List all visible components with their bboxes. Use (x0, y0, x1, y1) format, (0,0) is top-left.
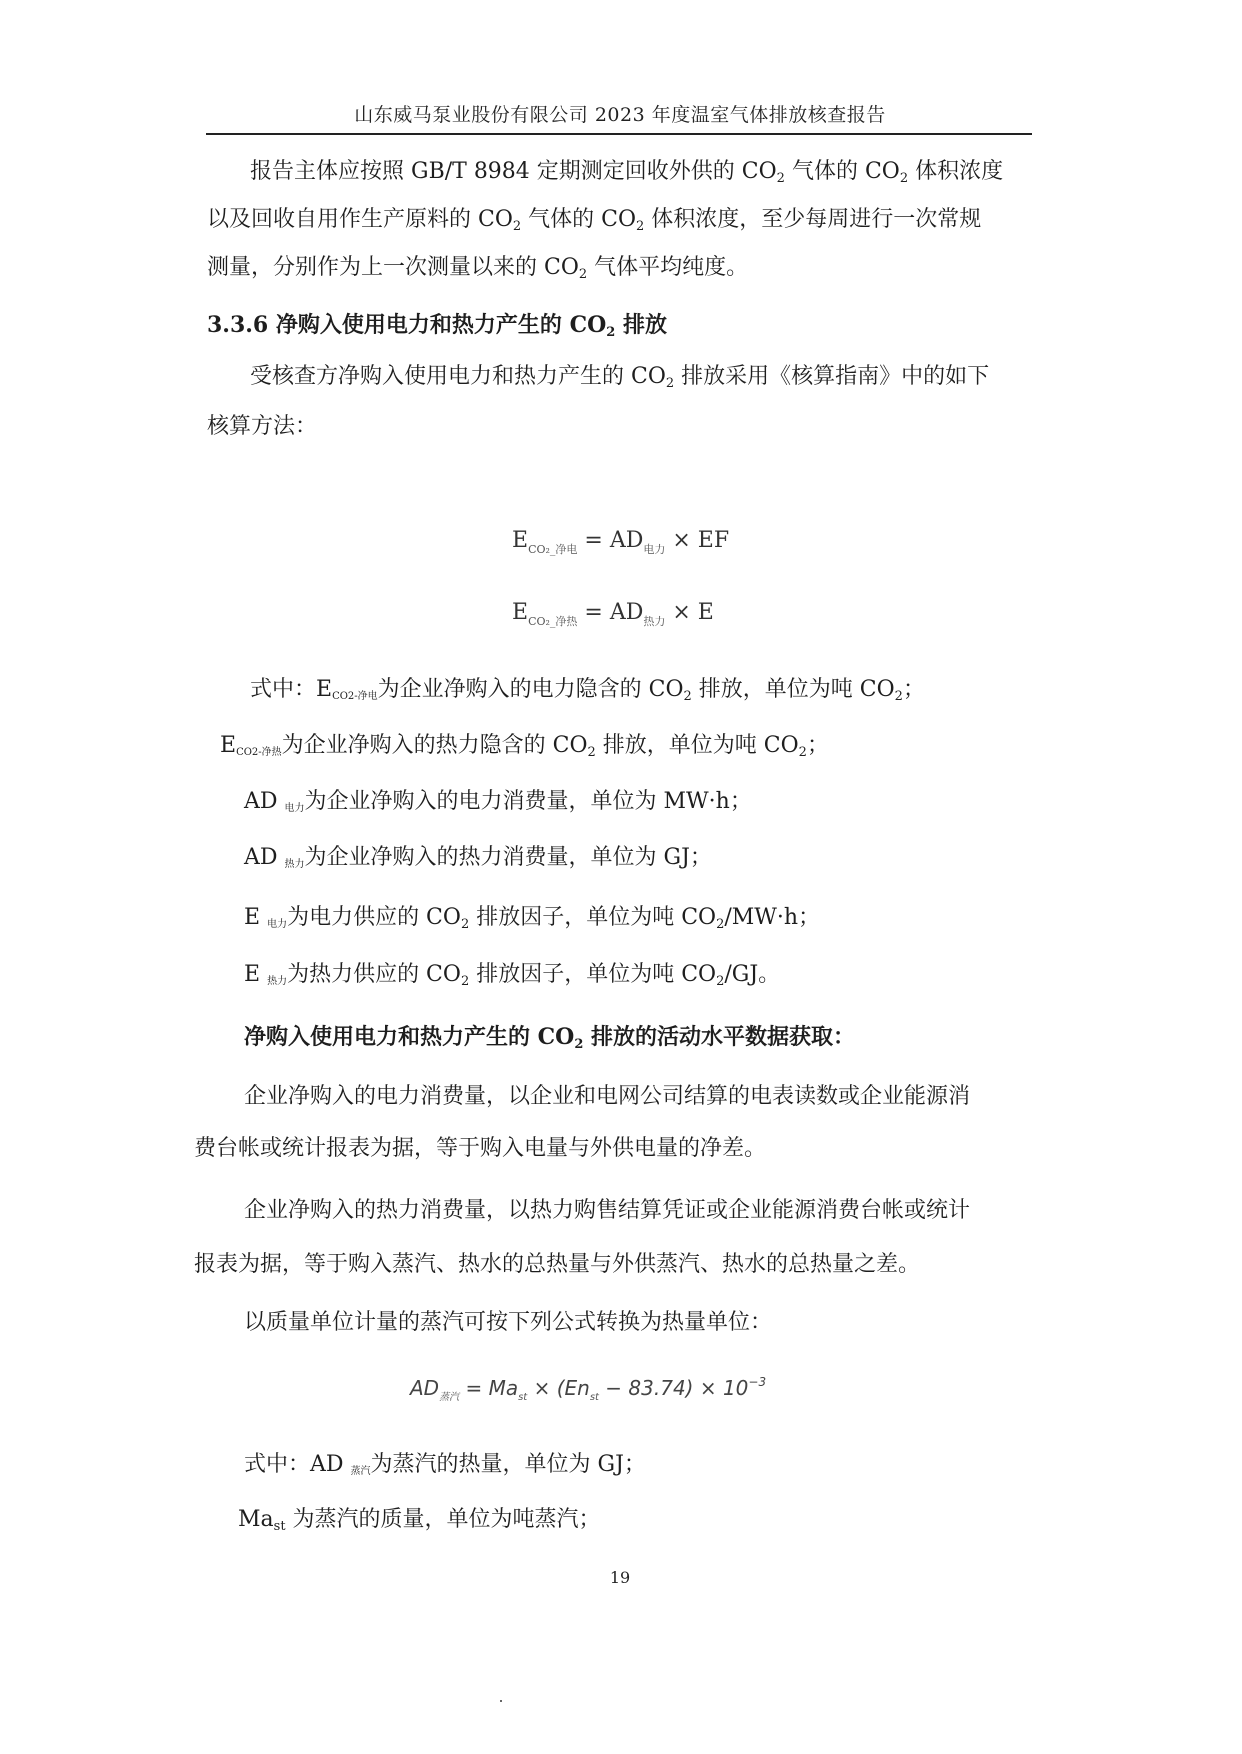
formula-subscript: 热力 (643, 615, 665, 628)
subscript: 蒸汽 (351, 1466, 371, 1477)
formula-term: × (En (527, 1376, 590, 1400)
formula-subscript: 蒸汽 (439, 1392, 459, 1403)
subscript: 电力 (267, 919, 287, 930)
text-span: 式中：E (250, 677, 332, 702)
paragraph-line: 核算方法： (207, 412, 1037, 442)
text-span: 核算方法： (207, 414, 317, 439)
formula-term: E (512, 528, 528, 553)
subheading: 净购入使用电力和热力产生的 CO2 排放的活动水平数据获取： (244, 1022, 1074, 1052)
text-span: 排放的活动水平数据获取： (583, 1024, 855, 1050)
section-title: 排放 (615, 312, 667, 338)
text-span: Ma (238, 1507, 274, 1532)
paragraph-line: 报表为据，等于购入蒸汽、热水的总热量与外供蒸汽、热水的总热量之差。 (194, 1250, 1024, 1280)
subscript: 2 (895, 689, 903, 704)
scan-speck (500, 1700, 502, 1702)
text-span: /MW·h； (724, 905, 820, 930)
text-span: AD (244, 789, 285, 814)
section-heading: 3.3.6 净购入使用电力和热力产生的 CO2 排放 (207, 310, 1037, 340)
formula-subscript: CO₂_净热 (528, 615, 577, 628)
text-span: AD (244, 845, 285, 870)
text-span: 为企业净购入的电力消费量，单位为 MW·h； (305, 789, 752, 814)
definition-line: AD 热力为企业净购入的热力消费量，单位为 GJ； (244, 843, 1074, 873)
page-number: 19 (600, 1568, 640, 1587)
paragraph-line: 测量，分别作为上一次测量以来的 CO2 气体平均纯度。 (207, 253, 1037, 283)
text-span: 排放因子，单位为吨 CO (469, 962, 716, 987)
text-span: 以及回收自用作生产原料的 CO (207, 207, 513, 232)
formula-heat: ECO₂_净热 = AD热力 × E (512, 600, 714, 629)
text-span: 排放，单位为吨 CO (596, 733, 799, 758)
subscript: 2 (777, 171, 785, 186)
definition-line: ECO2-净热为企业净购入的热力隐含的 CO2 排放，单位为吨 CO2； (220, 731, 1050, 761)
subscript: CO2-净热 (236, 747, 282, 758)
formula-term: = AD (577, 528, 643, 553)
running-header: 山东威马泵业股份有限公司 2023 年度温室气体排放核查报告 (205, 100, 1035, 127)
formula-subscript: 电力 (643, 543, 665, 556)
text-span: /GJ。 (724, 962, 780, 987)
text-span: 受核查方净购入使用电力和热力产生的 CO (250, 364, 666, 389)
text-span: 式中：AD (244, 1452, 351, 1477)
paragraph-line: 企业净购入的电力消费量，以企业和电网公司结算的电表读数或企业能源消 (244, 1082, 1074, 1112)
text-span: 为热力供应的 CO (287, 962, 461, 987)
formula-term: = AD (577, 600, 643, 625)
subscript: 热力 (267, 976, 287, 987)
text-span: E (244, 962, 267, 987)
subscript: 2 (666, 376, 674, 391)
formula-term: = Ma (459, 1376, 518, 1400)
paragraph-line: 企业净购入的热力消费量，以热力购售结算凭证或企业能源消费台帐或统计 (244, 1196, 1074, 1226)
formula-term: − 83.74) × 10 (599, 1376, 748, 1400)
text-span: 为企业净购入的热力隐含的 CO (282, 733, 588, 758)
paragraph-line: 费台帐或统计报表为据，等于购入电量与外供电量的净差。 (194, 1134, 1024, 1164)
subscript: 2 (799, 745, 807, 760)
text-span: 气体的 CO (785, 159, 900, 184)
section-number: 3.3.6 (207, 312, 268, 338)
text-span: 体积浓度，至少每周进行一次常规 (644, 207, 981, 232)
formula-term: × E (665, 600, 713, 625)
text-span: 为蒸汽的质量，单位为吨蒸汽； (286, 1507, 601, 1532)
text-span: 报告主体应按照 GB/T 8984 定期测定回收外供的 CO (250, 159, 777, 184)
text-span: 气体的 CO (521, 207, 636, 232)
text-span: 排放采用《核算指南》中的如下 (674, 364, 989, 389)
subscript: 2 (588, 745, 596, 760)
text-span: 为蒸汽的热量，单位为 GJ； (371, 1452, 646, 1477)
paragraph-line: 以质量单位计量的蒸汽可按下列公式转换为热量单位： (244, 1308, 1074, 1338)
paragraph-line: 以及回收自用作生产原料的 CO2 气体的 CO2 体积浓度，至少每周进行一次常规 (207, 205, 1037, 235)
subscript: 2 (606, 325, 615, 340)
text-span: E (244, 905, 267, 930)
subscript: 2 (513, 219, 521, 234)
formula-term: × EF (665, 528, 729, 553)
text-span: 净购入使用电力和热力产生的 CO (244, 1024, 574, 1050)
subscript: st (274, 1519, 286, 1534)
paragraph-line: 报告主体应按照 GB/T 8984 定期测定回收外供的 CO2 气体的 CO2 … (250, 157, 1080, 187)
formula-subscript: st (518, 1392, 527, 1403)
subscript: CO2-净电 (332, 691, 378, 702)
subscript: 电力 (285, 803, 305, 814)
formula-electricity: ECO₂_净电 = AD电力 × EF (512, 528, 729, 557)
definition-line: E 热力为热力供应的 CO2 排放因子，单位为吨 CO2/GJ。 (244, 960, 1074, 990)
document-page: 山东威马泵业股份有限公司 2023 年度温室气体排放核查报告 报告主体应按照 G… (0, 0, 1242, 1754)
text-span: ； (903, 677, 925, 702)
text-span: 气体平均纯度。 (587, 255, 748, 280)
formula-term: AD (410, 1376, 439, 1400)
text-span: 为电力供应的 CO (287, 905, 461, 930)
text-span: ； (807, 733, 829, 758)
definition-line: 式中：AD 蒸汽为蒸汽的热量，单位为 GJ； (244, 1450, 1074, 1480)
subscript: 2 (684, 689, 692, 704)
definition-line: AD 电力为企业净购入的电力消费量，单位为 MW·h； (244, 787, 1074, 817)
text-span: 测量，分别作为上一次测量以来的 CO (207, 255, 579, 280)
formula-subscript: CO₂_净电 (528, 543, 577, 556)
definition-line: E 电力为电力供应的 CO2 排放因子，单位为吨 CO2/MW·h； (244, 903, 1074, 933)
subscript: 2 (461, 917, 469, 932)
subscript: 2 (579, 267, 587, 282)
formula-term: E (512, 600, 528, 625)
section-title: 净购入使用电力和热力产生的 CO (276, 312, 606, 338)
header-rule (206, 133, 1032, 135)
subscript: 2 (461, 974, 469, 989)
text-span: 排放，单位为吨 CO (692, 677, 895, 702)
formula-steam: AD蒸汽 = Mast × (Enst − 83.74) × 10−3 (410, 1376, 766, 1403)
text-span: E (220, 733, 236, 758)
text-span: 为企业净购入的电力隐含的 CO (378, 677, 684, 702)
formula-subscript: st (590, 1392, 599, 1403)
definition-line: 式中：ECO2-净电为企业净购入的电力隐含的 CO2 排放，单位为吨 CO2； (250, 675, 1080, 705)
formula-exponent: −3 (748, 1375, 766, 1389)
text-span: 排放因子，单位为吨 CO (469, 905, 716, 930)
subscript: 2 (900, 171, 908, 186)
definition-line: Mast 为蒸汽的质量，单位为吨蒸汽； (238, 1505, 1068, 1535)
text-span: 体积浓度 (908, 159, 1003, 184)
subscript: 热力 (285, 859, 305, 870)
text-span: 为企业净购入的热力消费量，单位为 GJ； (305, 845, 712, 870)
paragraph-line: 受核查方净购入使用电力和热力产生的 CO2 排放采用《核算指南》中的如下 (250, 362, 1080, 392)
